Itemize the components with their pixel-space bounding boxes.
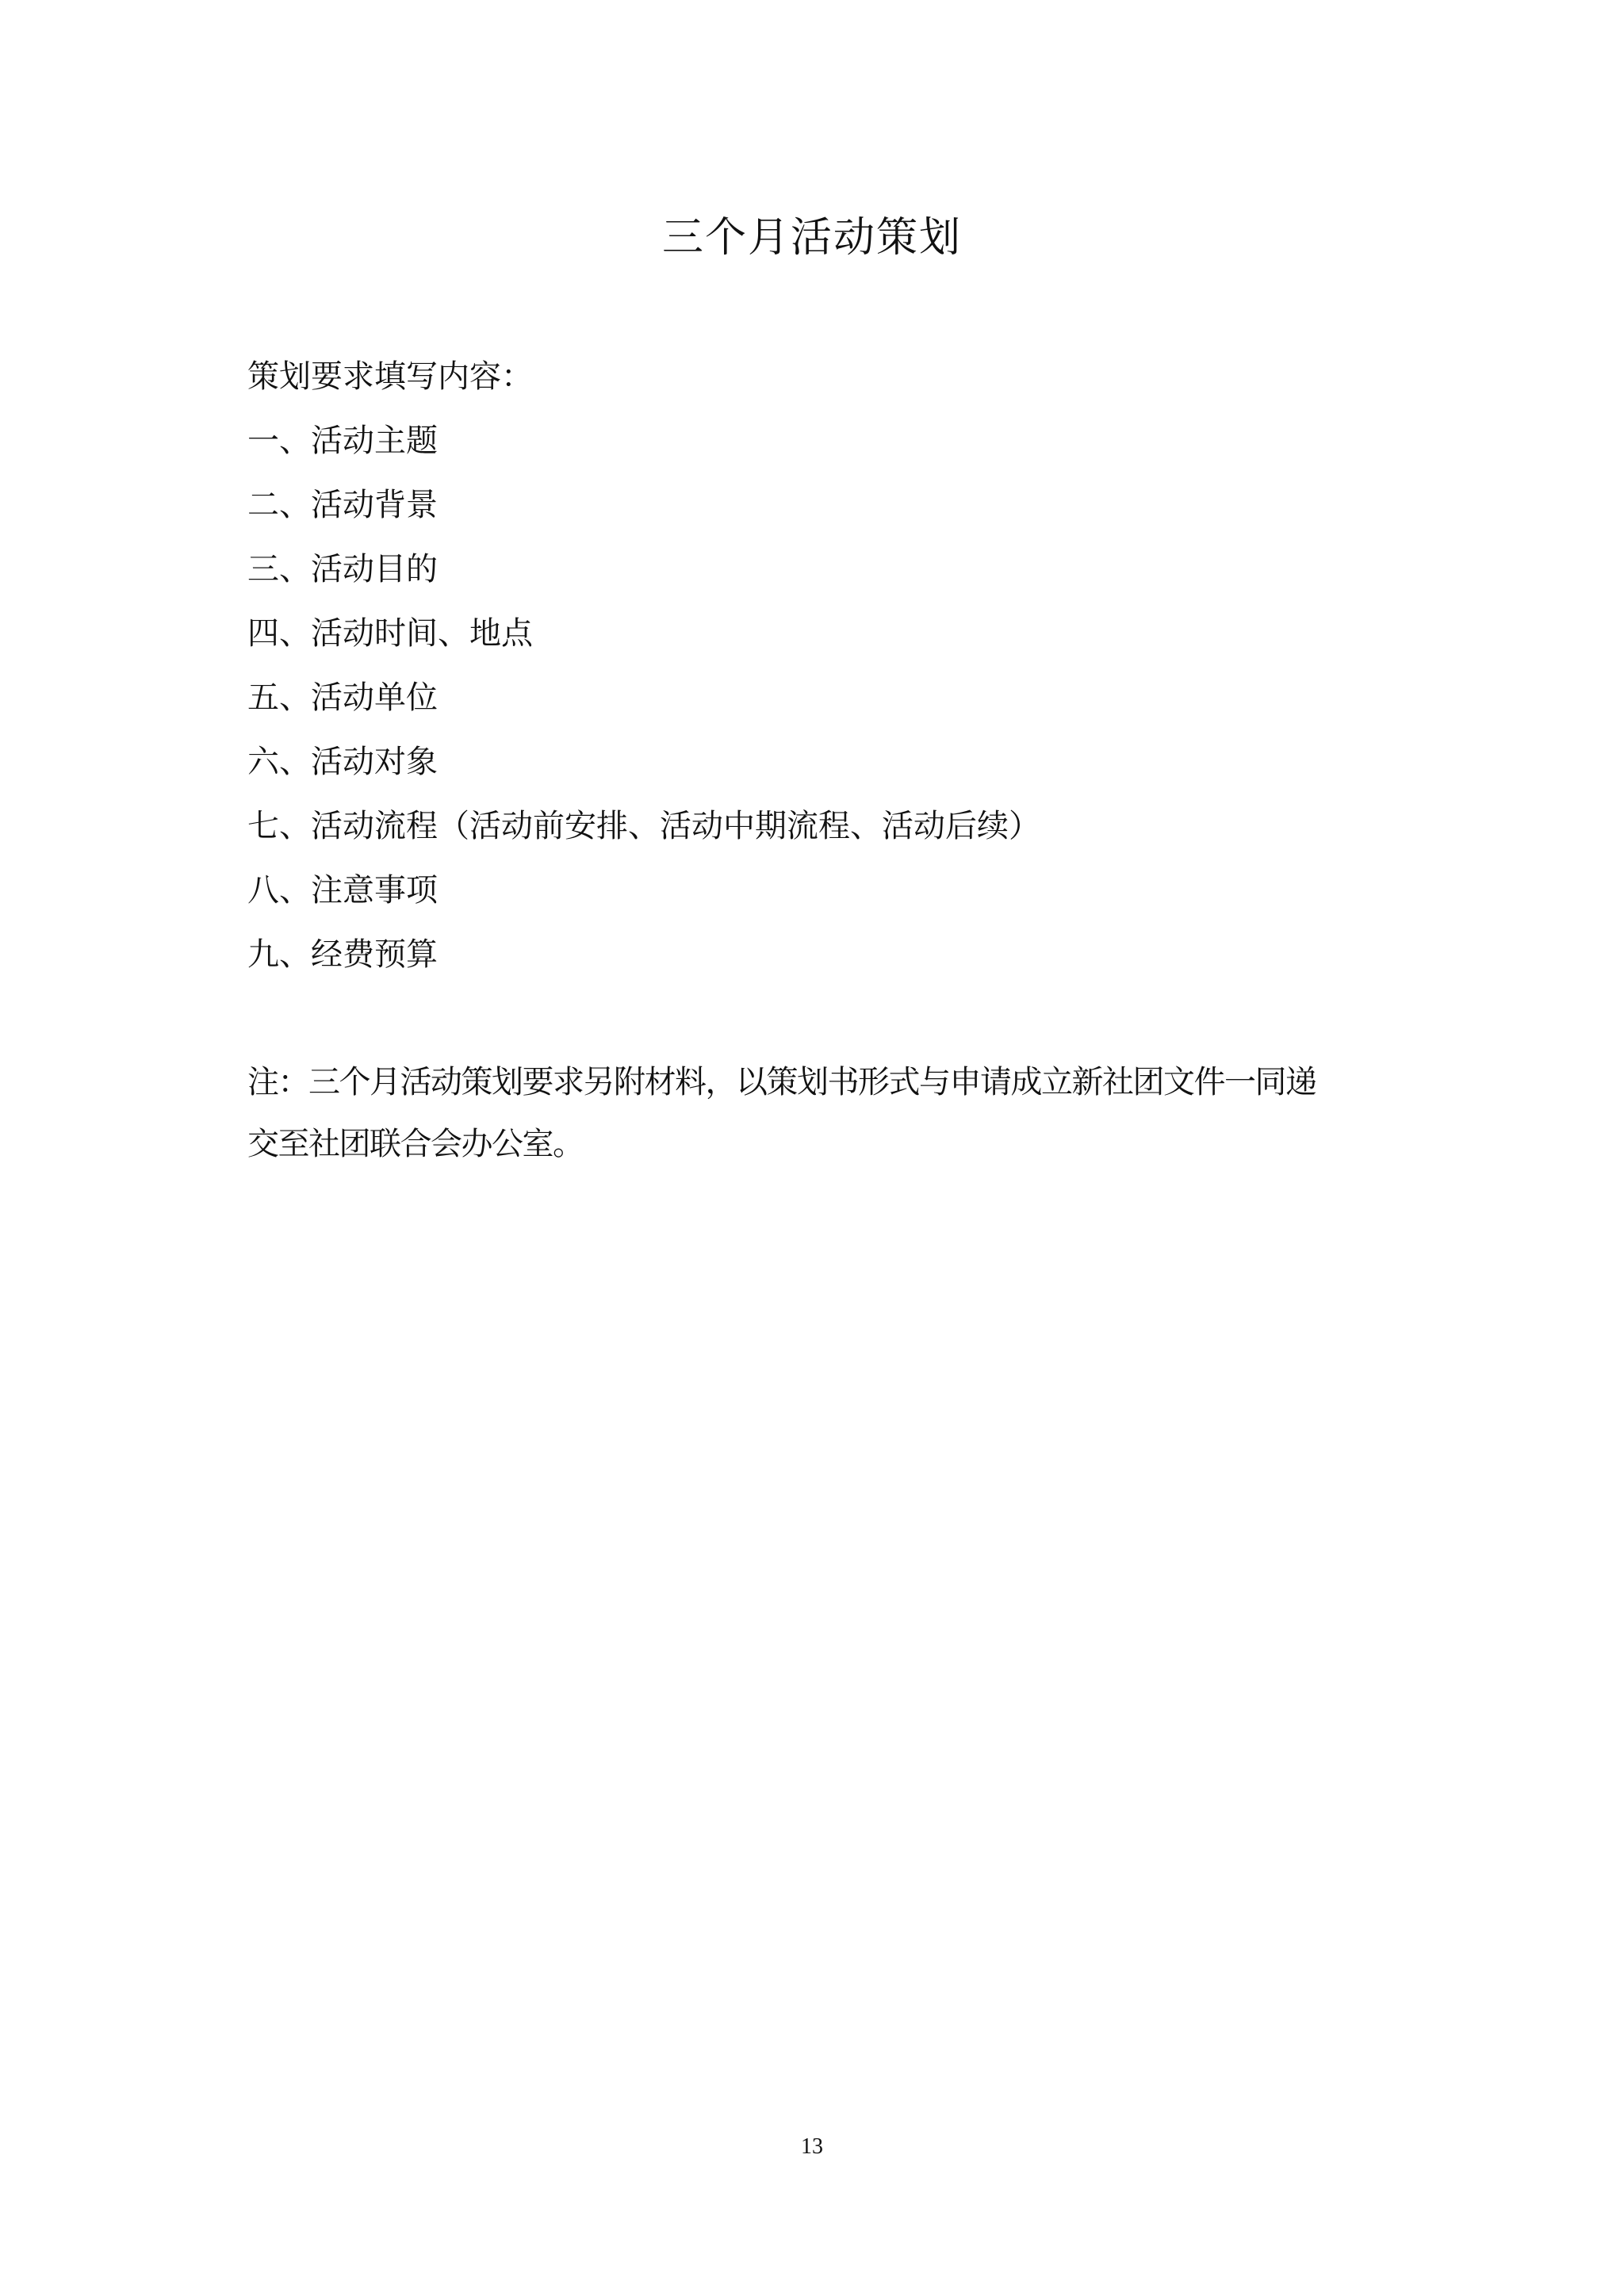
list-item: 三、活动目的: [247, 550, 438, 588]
list-item: 二、活动背景: [247, 486, 438, 524]
note-line: 注：三个月活动策划要求另附材料，以策划书形式与申请成立新社团文件一同递: [247, 1063, 1316, 1101]
list-item: 七、活动流程（活动前安排、活动中期流程、活动后续）: [247, 807, 1040, 845]
page-number: 13: [0, 2134, 1624, 2160]
list-item: 九、经费预算: [247, 936, 438, 974]
intro-text: 策划要求填写内容：: [247, 358, 533, 396]
list-item: 一、活动主题: [247, 422, 438, 460]
list-item: 八、注意事项: [247, 871, 438, 909]
list-item: 五、活动单位: [247, 679, 438, 717]
list-item: 六、活动对象: [247, 743, 438, 781]
note-line: 交至社团联合会办公室。: [247, 1125, 584, 1163]
page-title: 三个月活动策划: [0, 212, 1624, 263]
list-item: 四、活动时间、地点: [247, 614, 533, 652]
